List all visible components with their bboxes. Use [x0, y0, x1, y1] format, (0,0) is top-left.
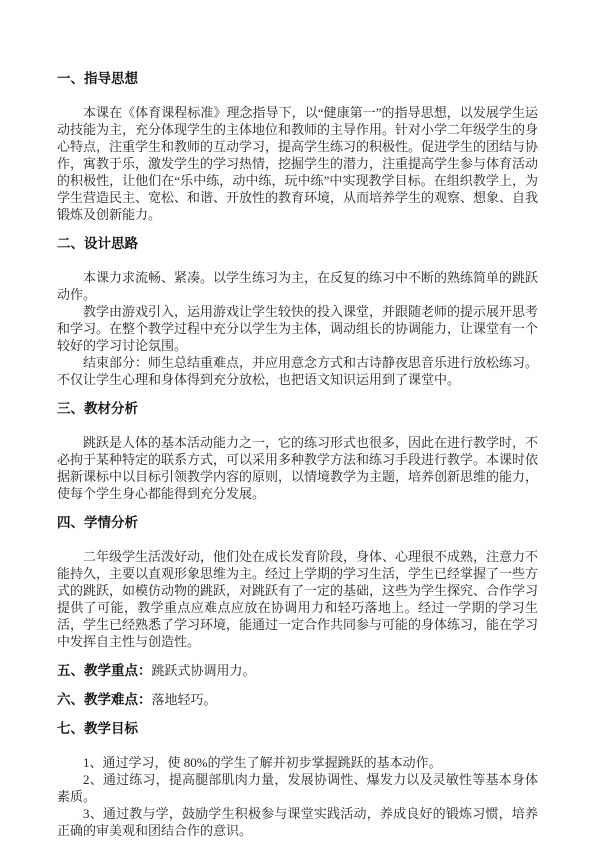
section-heading: 四、学情分析 [57, 514, 538, 531]
section-teaching-objectives: 七、教学目标 1、通过学习，使 80%的学生了解并初步掌握跳跃的基本动作。 2、… [57, 720, 538, 839]
section-heading: 五、教学重点：跳跃式协调用力。 [57, 662, 538, 679]
section-heading: 一、指导思想 [57, 70, 538, 87]
section-teaching-material-analysis: 三、教材分析 跳跃是人体的基本活动能力之一，它的练习形式也很多，因此在进行教学时… [57, 400, 538, 502]
section-heading-label: 五、教学重点： [57, 663, 152, 678]
paragraph: 教学由游戏引入，运用游戏让学生较快的投入课堂，并跟随老师的提示展开思考和学习。在… [57, 303, 538, 354]
section-heading-label: 六、教学难点： [57, 692, 152, 707]
paragraph: 本课力求流畅、紧凑。以学生练习为主，在反复的练习中不断的熟练简单的跳跃动作。 [57, 269, 538, 303]
objective-item: 1、通过学习，使 80%的学生了解并初步掌握跳跃的基本动作。 [57, 754, 538, 771]
objective-item: 3、通过教与学，鼓励学生积极参与课堂实践活动，养成良好的锻炼习惯，培养正确的审美… [57, 805, 538, 839]
section-design-approach: 二、设计思路 本课力求流畅、紧凑。以学生练习为主，在反复的练习中不断的熟练简单的… [57, 235, 538, 388]
document-page: 一、指导思想 本课在《体育课程标准》理念指导下，以“健康第一”的指导思想，以发展… [0, 0, 595, 842]
section-heading: 六、教学难点：落地轻巧。 [57, 691, 538, 708]
section-learner-analysis: 四、学情分析 二年级学生活泼好动，他们处在成长发育阶段，身体、心理很不成熟，注意… [57, 514, 538, 650]
section-heading: 七、教学目标 [57, 720, 538, 737]
section-guiding-ideology: 一、指导思想 本课在《体育课程标准》理念指导下，以“健康第一”的指导思想，以发展… [57, 70, 538, 223]
section-inline-text: 落地轻巧。 [152, 692, 217, 707]
section-heading: 二、设计思路 [57, 235, 538, 252]
paragraph: 本课在《体育课程标准》理念指导下，以“健康第一”的指导思想，以发展学生运动技能为… [57, 104, 538, 223]
section-inline-text: 跳跃式协调用力。 [152, 663, 256, 678]
paragraph: 二年级学生活泼好动，他们处在成长发育阶段，身体、心理很不成熟，注意力不能持久，主… [57, 548, 538, 650]
paragraph: 结束部分：师生总结重难点，并应用意念方式和古诗静夜思音乐进行放松练习。不仅让学生… [57, 354, 538, 388]
section-teaching-difficulty: 六、教学难点：落地轻巧。 [57, 691, 538, 708]
section-teaching-focus: 五、教学重点：跳跃式协调用力。 [57, 662, 538, 679]
paragraph: 跳跃是人体的基本活动能力之一，它的练习形式也很多，因此在进行教学时，不必拘于某种… [57, 434, 538, 502]
section-heading: 三、教材分析 [57, 400, 538, 417]
objective-item: 2、通过练习，提高腿部肌肉力量，发展协调性、爆发力以及灵敏性等基本身体素质。 [57, 771, 538, 805]
